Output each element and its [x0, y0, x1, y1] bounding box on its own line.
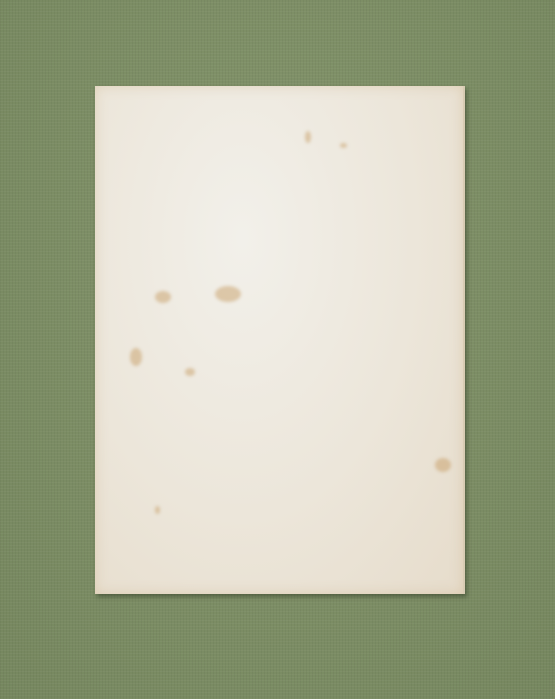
- foxing-stain: [340, 143, 347, 148]
- foxing-stain: [155, 506, 160, 514]
- foxing-stain: [435, 458, 451, 472]
- blank-paper-booklet: [95, 86, 465, 594]
- foxing-stain: [185, 368, 195, 376]
- green-cloth-background: [0, 0, 555, 699]
- foxing-stain: [215, 286, 241, 302]
- foxing-stain: [130, 348, 142, 366]
- foxing-stain: [155, 291, 171, 303]
- foxing-stain: [305, 131, 311, 143]
